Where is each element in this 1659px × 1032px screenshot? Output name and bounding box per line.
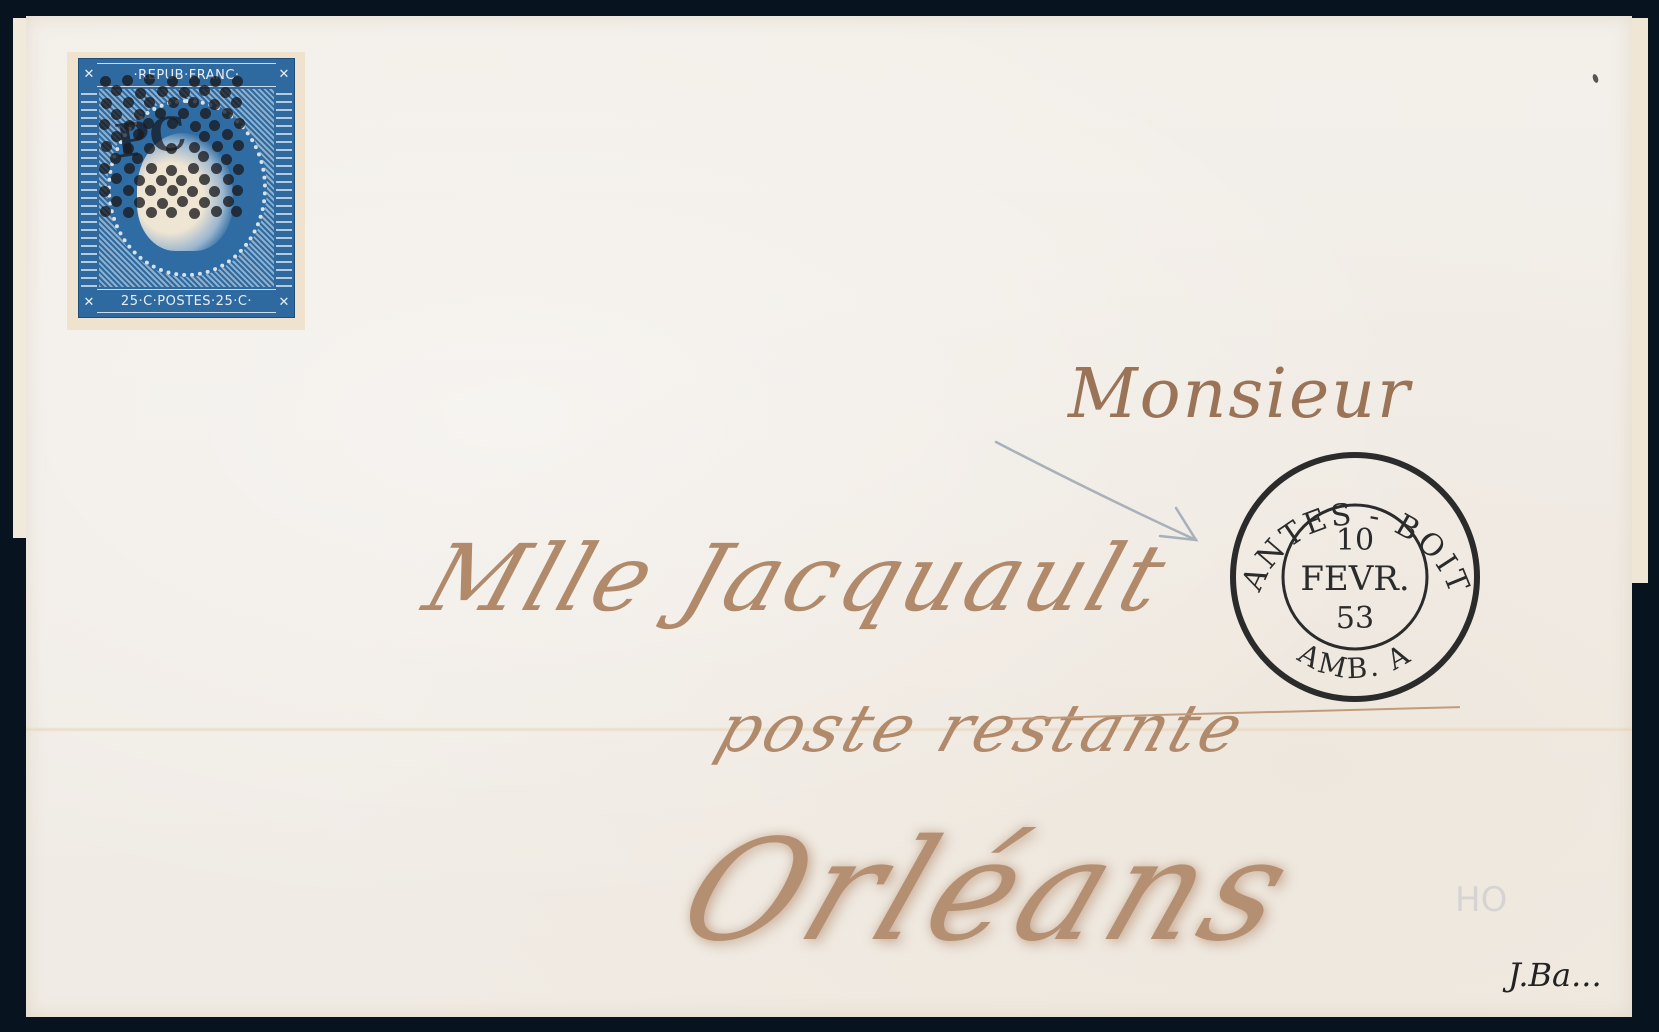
- stamp-left-border: [81, 87, 97, 289]
- pencil-mark: HO: [1455, 880, 1507, 920]
- postmark-year: 53: [1336, 601, 1374, 636]
- cancel-dot: [155, 108, 166, 119]
- cancel-dot: [157, 86, 168, 97]
- cancel-dot: [100, 206, 111, 217]
- cancel-dot: [145, 185, 156, 196]
- stamp-corner-cross-icon: ✕: [80, 291, 98, 313]
- cancel-dot: [210, 76, 221, 87]
- cancel-dot: [134, 109, 145, 120]
- cancel-dot: [132, 153, 143, 164]
- cancel-dot: [166, 165, 177, 176]
- paper-speck: [1592, 73, 1600, 83]
- cancel-dot: [212, 141, 223, 152]
- cancel-dot: [189, 142, 200, 153]
- cancel-dot: [124, 163, 135, 174]
- stamp-right-border: [276, 87, 292, 289]
- cancel-dot: [222, 129, 233, 140]
- cancel-dot: [135, 88, 146, 99]
- cancel-dot: [146, 207, 157, 218]
- cancel-dot: [168, 97, 179, 108]
- cancel-dot: [110, 153, 121, 164]
- cancel-dot: [209, 99, 220, 110]
- cancel-dot: [177, 196, 188, 207]
- cancel-dot: [188, 97, 199, 108]
- salutation-text: Monsieur: [1068, 355, 1412, 434]
- cancel-dot: [199, 85, 210, 96]
- cancel-dot: [188, 163, 199, 174]
- cancel-dot: [134, 197, 145, 208]
- cancel-dot: [223, 174, 234, 185]
- cancel-dot: [146, 163, 157, 174]
- city-text: Orléans: [660, 810, 1316, 973]
- postmark-bottom-text: AMB. A: [1292, 636, 1418, 685]
- postmark-cds: NANTES - BOITE AMB. A 10 FEVR. 53: [1228, 450, 1482, 704]
- cancel-dot: [209, 186, 220, 197]
- cancel-dot: [111, 131, 122, 142]
- cancel-dot: [231, 97, 242, 108]
- cancel-dot: [222, 108, 233, 119]
- cancel-dot: [157, 198, 168, 209]
- cancel-dot: [200, 108, 211, 119]
- cancel-dot: [111, 196, 122, 207]
- stamp-corner-cross-icon: ✕: [80, 63, 98, 85]
- stamp-corner-cross-icon: ✕: [275, 291, 293, 313]
- cancel-dot: [221, 154, 232, 165]
- addressee-text: Mlle Jacquault: [413, 525, 1182, 632]
- cancel-dot: [166, 143, 177, 154]
- postmark-day: 10: [1336, 523, 1374, 558]
- cancel-dot: [223, 196, 234, 207]
- svg-text:AMB. A: AMB. A: [1292, 636, 1418, 685]
- cancel-dot: [167, 118, 178, 129]
- cancel-dot: [179, 87, 190, 98]
- cancel-dot: [189, 76, 200, 87]
- cancel-dot: [100, 76, 111, 87]
- cancel-dot: [190, 121, 201, 132]
- cancel-dot: [156, 175, 167, 186]
- cancel-dot: [199, 131, 210, 142]
- postmark-month: FEVR.: [1300, 559, 1409, 599]
- poste-restante-text: poste restante: [707, 690, 1255, 767]
- cancel-dot: [167, 76, 178, 87]
- expert-signature: J.Ba...: [1508, 956, 1602, 994]
- cancel-dot: [232, 76, 243, 87]
- stamp-bottom-inscription: 25·C·POSTES·25·C·: [97, 289, 276, 313]
- stamp-corner-cross-icon: ✕: [275, 63, 293, 85]
- cancel-dot: [144, 143, 155, 154]
- cancel-dot: [211, 163, 222, 174]
